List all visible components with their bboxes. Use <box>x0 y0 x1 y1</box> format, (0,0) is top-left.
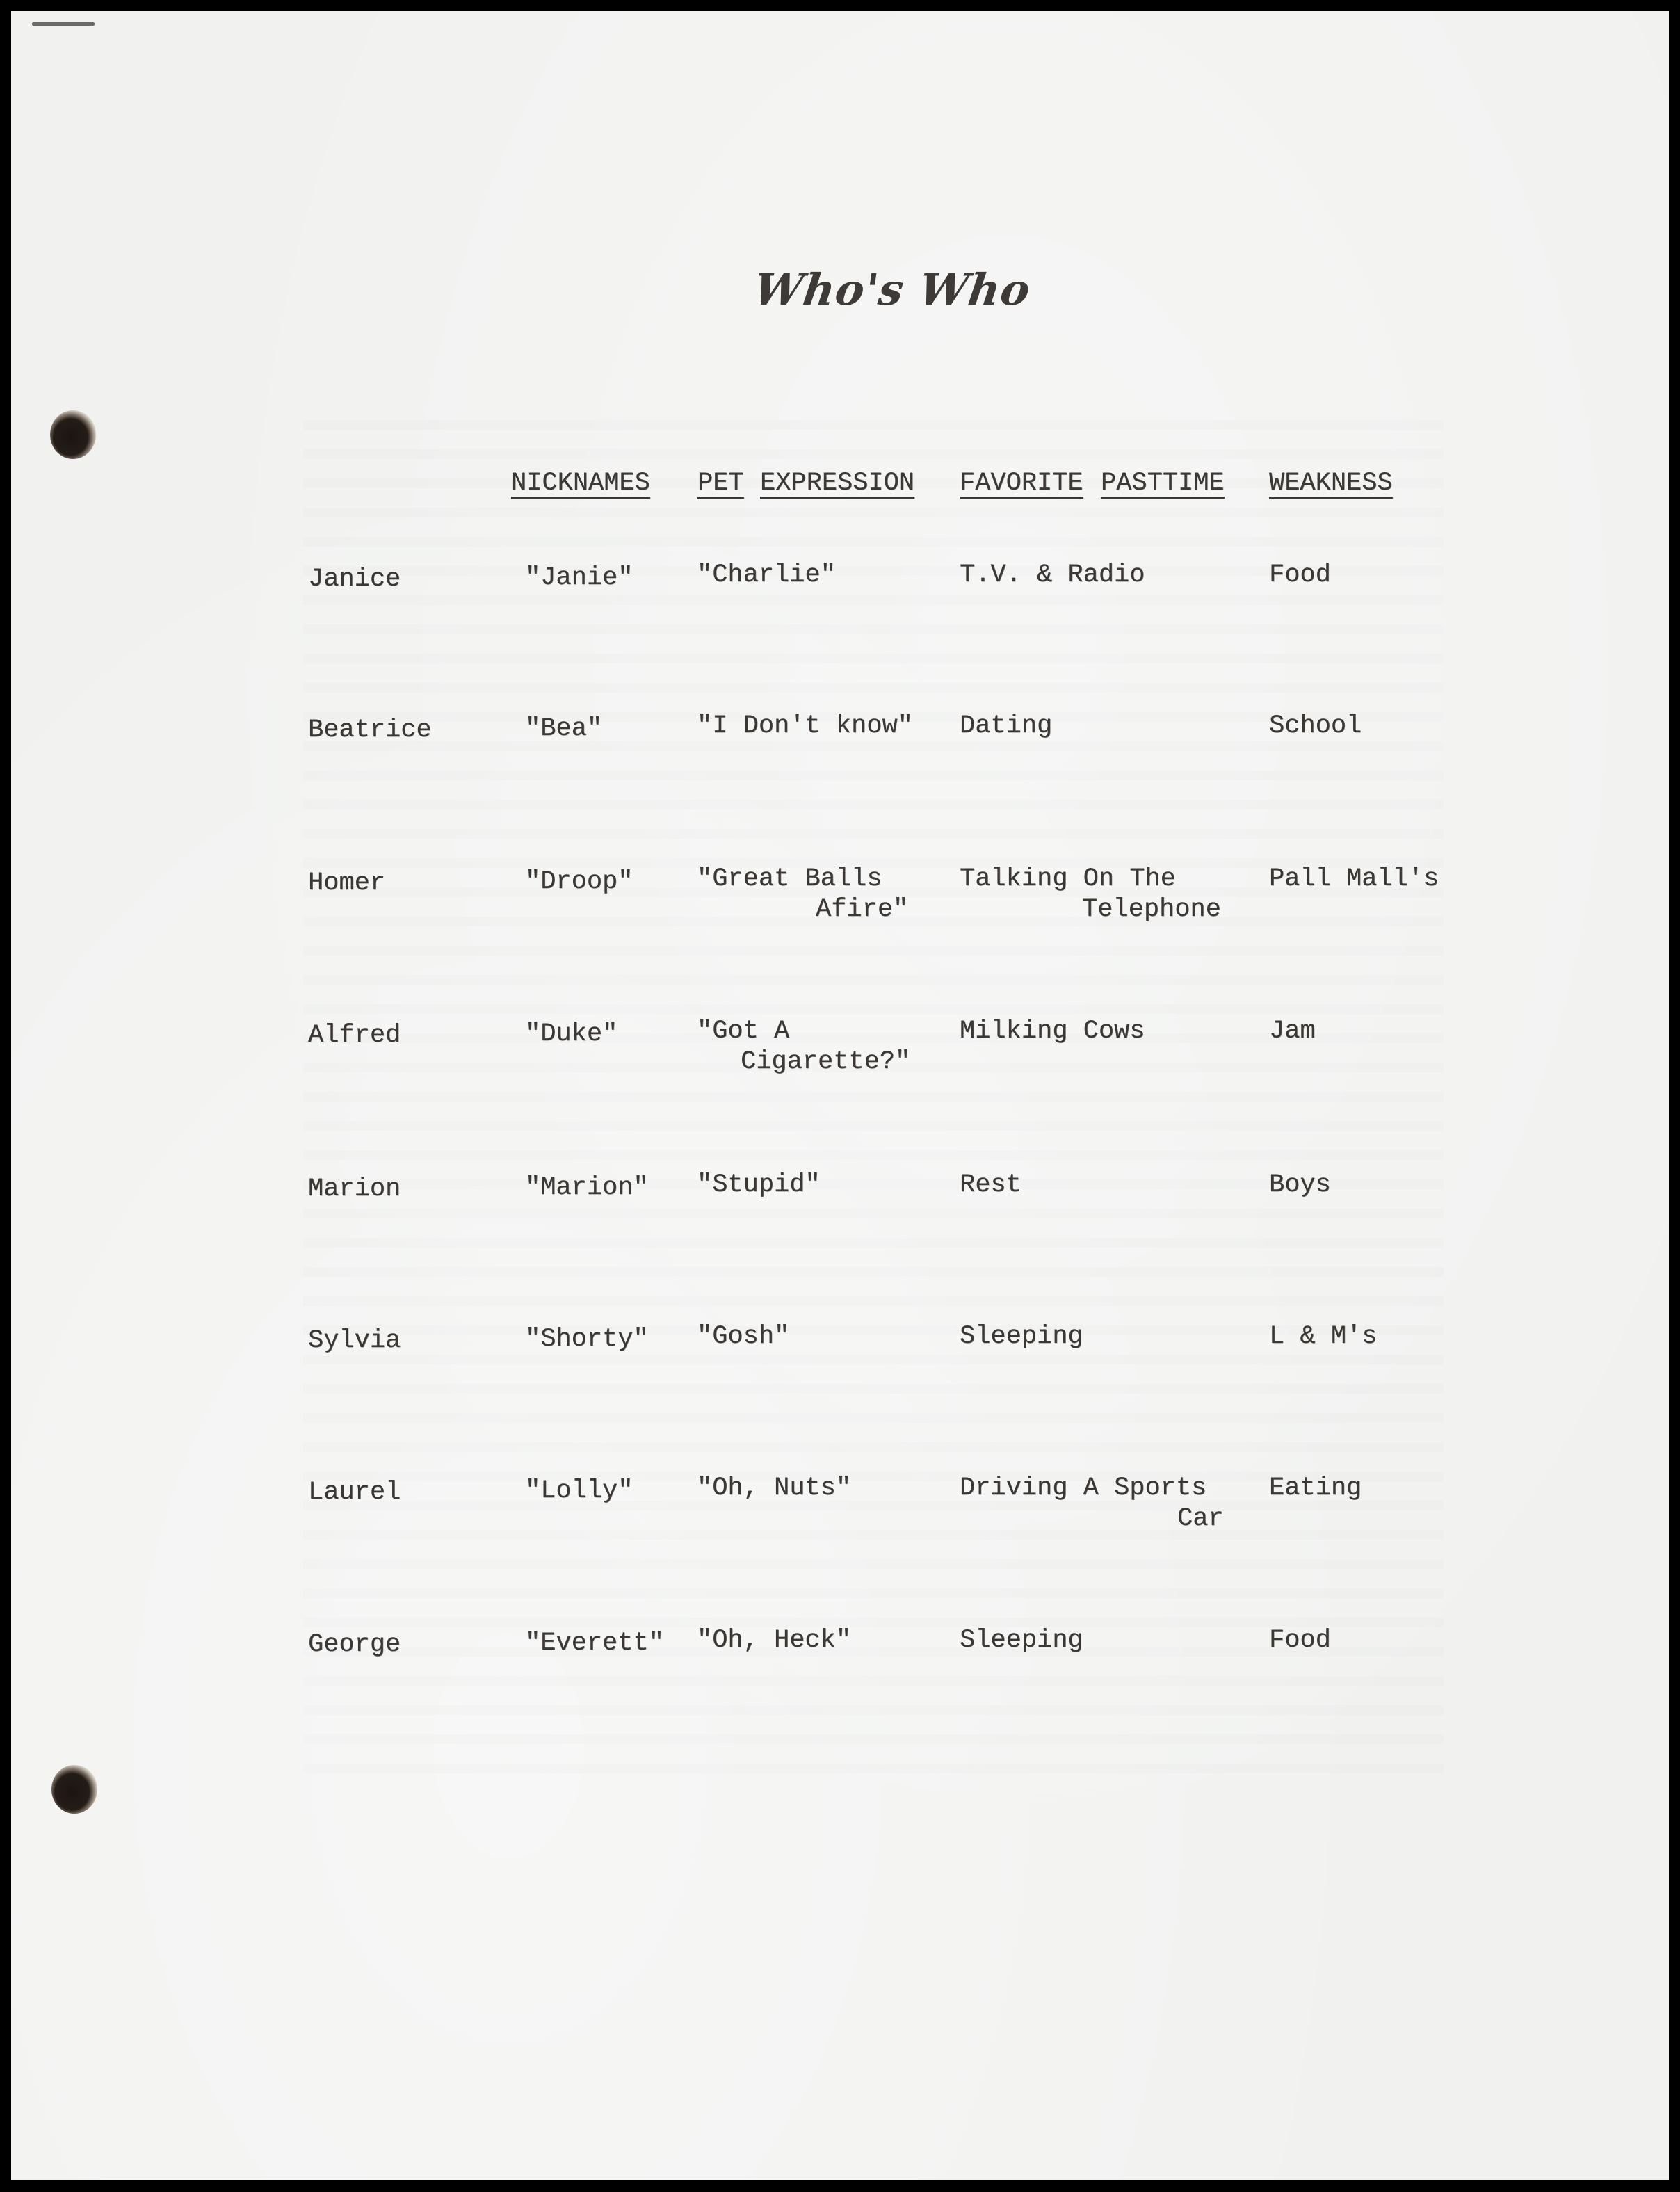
header-favorite: FAVORITE <box>960 468 1083 499</box>
row-expression: Afire" <box>816 894 908 925</box>
row-expression: "Gosh" <box>697 1321 789 1352</box>
paper-page <box>11 11 1669 2180</box>
header-pastime: PASTTIME <box>1101 468 1225 499</box>
row-expression: "Great Balls <box>697 864 882 894</box>
row-pastime: Milking Cows <box>960 1016 1145 1047</box>
row-weakness: L & M's <box>1269 1321 1377 1352</box>
row-pastime: Car <box>1177 1504 1224 1534</box>
row-nickname: "Droop" <box>525 867 633 897</box>
row-weakness: Boys <box>1269 1170 1331 1200</box>
row-name: Laurel <box>308 1477 401 1508</box>
header-nicknames: NICKNAMES <box>511 468 650 499</box>
row-expression: "I Don't know" <box>697 711 913 741</box>
row-weakness: Pall Mall's <box>1269 864 1439 894</box>
row-pastime: Dating <box>960 711 1052 741</box>
punch-hole-bottom <box>51 1765 97 1814</box>
row-name: Janice <box>308 564 401 595</box>
row-pastime: T.V. & Radio <box>960 560 1145 590</box>
row-name: George <box>308 1629 401 1660</box>
row-weakness: Food <box>1269 1625 1331 1656</box>
row-nickname: "Lolly" <box>525 1476 633 1506</box>
page-title: Who's Who <box>751 264 1034 315</box>
row-expression: Cigarette?" <box>741 1047 910 1077</box>
row-pastime: Talking On The <box>960 864 1176 894</box>
row-pastime: Sleeping <box>960 1625 1083 1656</box>
row-weakness: Food <box>1269 560 1331 590</box>
header-weakness: WEAKNESS <box>1269 468 1393 499</box>
row-pastime: Rest <box>960 1170 1021 1200</box>
row-nickname: "Shorty" <box>525 1324 649 1355</box>
bleed-through-text <box>303 401 1444 1791</box>
row-expression: "Oh, Heck" <box>697 1625 851 1656</box>
row-weakness: Eating <box>1269 1473 1362 1504</box>
row-expression: "Charlie" <box>697 560 836 590</box>
row-pastime: Sleeping <box>960 1321 1083 1352</box>
row-nickname: "Everett" <box>525 1628 664 1659</box>
row-name: Marion <box>308 1174 401 1204</box>
punch-hole-top <box>50 410 96 459</box>
row-pastime: Driving A Sports <box>960 1473 1206 1504</box>
row-pastime: Telephone <box>1082 894 1221 925</box>
row-nickname: "Bea" <box>525 714 602 744</box>
edge-mark <box>32 22 95 26</box>
row-name: Sylvia <box>308 1325 401 1356</box>
row-name: Homer <box>308 868 385 898</box>
row-nickname: "Janie" <box>525 563 633 593</box>
row-name: Alfred <box>308 1020 401 1051</box>
row-weakness: School <box>1269 711 1362 741</box>
header-expression: EXPRESSION <box>760 468 914 499</box>
row-expression: "Got A <box>697 1016 789 1047</box>
row-weakness: Jam <box>1269 1016 1316 1047</box>
row-expression: "Stupid" <box>697 1170 821 1200</box>
row-expression: "Oh, Nuts" <box>697 1473 851 1504</box>
header-pet: PET <box>697 468 744 499</box>
row-nickname: "Duke" <box>525 1019 617 1049</box>
row-name: Beatrice <box>308 715 432 746</box>
row-nickname: "Marion" <box>525 1172 649 1203</box>
